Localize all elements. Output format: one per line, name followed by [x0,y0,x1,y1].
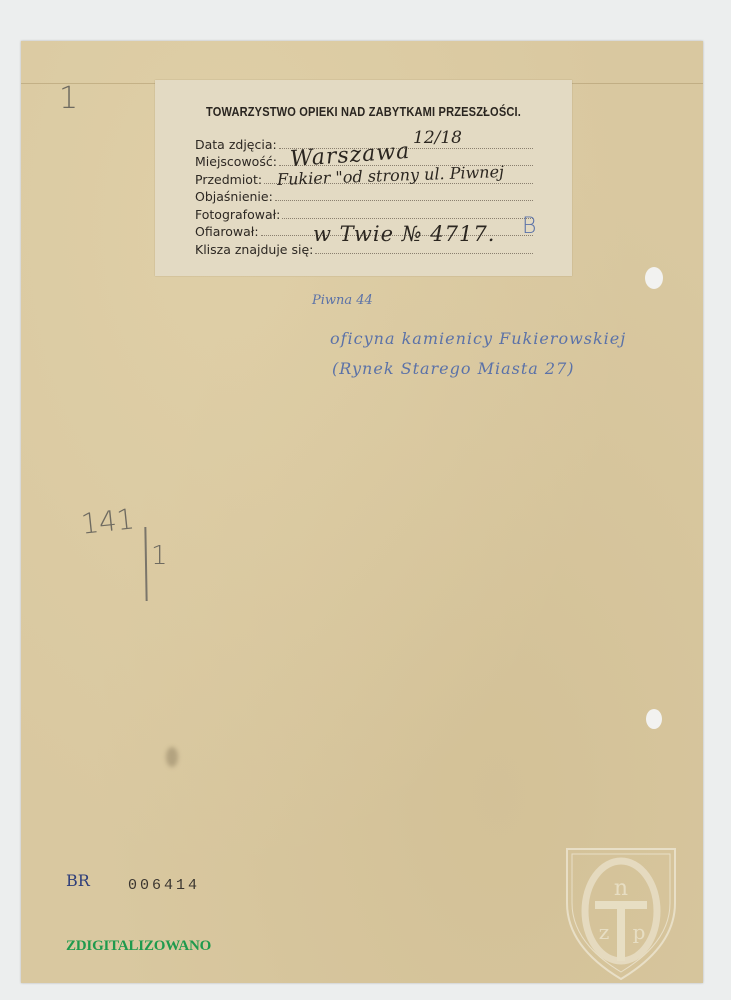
handwritten-negative-location: w Twie № 4717. [313,222,495,246]
svg-text:n: n [614,876,628,901]
archival-card: 1 TOWARZYSTWO OPIEKI NAD ZABYTKAMI PRZES… [21,41,703,983]
stamp-prefix: BR [66,871,90,890]
society-emblem-icon: n z p [561,843,681,983]
stain [166,747,178,767]
pencil-note-index: 1 [151,541,168,571]
handwritten-date: 12/18 [413,128,462,148]
field-explanation: Objaśnienie: [195,187,533,205]
field-photographer: Fotografował: [195,204,533,222]
note-location: (Rynek Starego Miasta 27) [332,359,575,378]
society-label: TOWARZYSTWO OPIEKI NAD ZABYTKAMI PRZESZŁ… [155,80,572,276]
field-label: Data zdjęcia: [195,137,279,152]
note-description: oficyna kamienicy Fukierowskiej [330,329,626,348]
punch-hole-bottom [646,709,662,729]
dotted-line [315,253,533,254]
label-title: TOWARZYSTWO OPIEKI NAD ZABYTKAMI PRZESZŁ… [186,104,540,119]
dotted-line [275,200,533,201]
field-label: Klisza znajduje się: [195,242,315,257]
punch-hole-top [645,267,663,289]
field-label: Miejscowość: [195,154,279,169]
field-label: Fotografował: [195,207,282,222]
note-address: Piwna 44 [312,293,373,308]
pencil-note-number: 141 [79,502,136,540]
field-label: Ofiarował: [195,224,261,239]
field-label: Przedmiot: [195,172,264,187]
inventory-number: 006414 [128,877,200,894]
digitized-stamp: ZDIGITALIZOWANO [66,938,211,955]
field-label: Objaśnienie: [195,189,275,204]
pencil-divider [144,527,147,601]
dotted-line [282,218,533,219]
svg-text:z: z [599,920,610,944]
sheet-number: 1 [59,81,78,116]
blue-letter-mark: B [522,214,536,239]
svg-text:p: p [633,920,646,944]
